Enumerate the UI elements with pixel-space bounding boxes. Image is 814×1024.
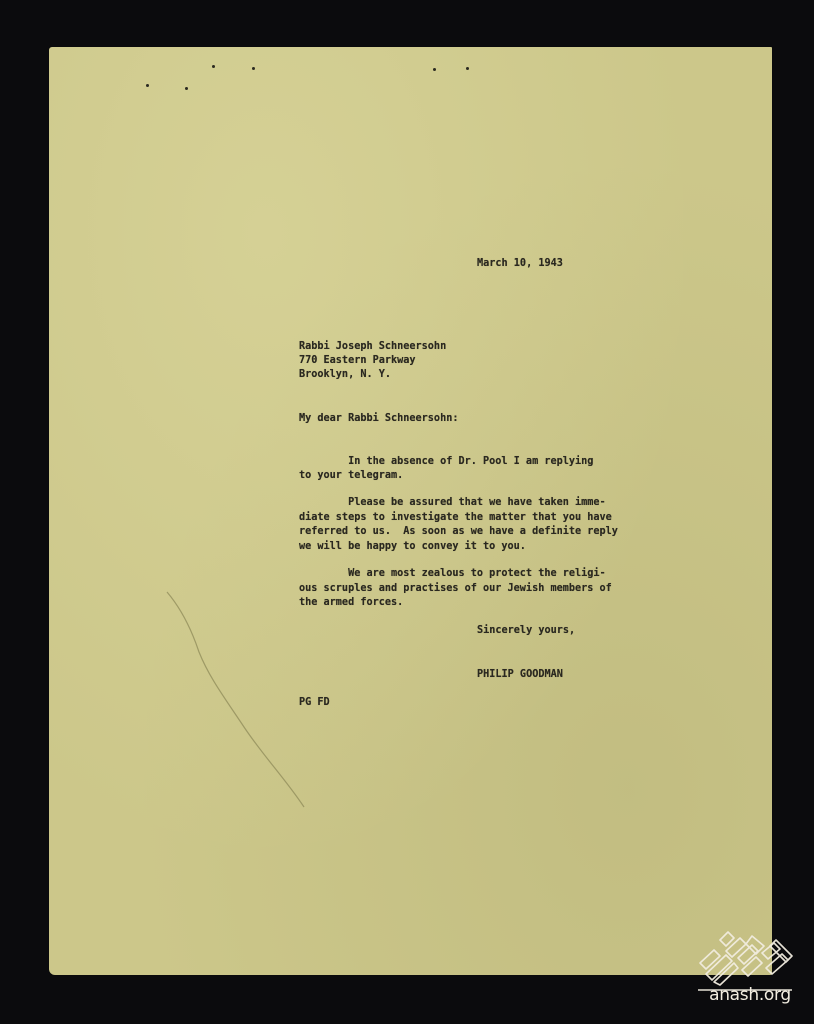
body-line: we will be happy to convey it to you.	[299, 540, 526, 555]
body-line: the armed forces.	[299, 596, 403, 611]
body-line: We are most zealous to protect the relig…	[299, 567, 606, 582]
letter-date: March 10, 1943	[477, 257, 563, 272]
punch-hole	[433, 68, 436, 71]
recipient-city: Brooklyn, N. Y.	[299, 368, 391, 383]
body-line: ous scruples and practises of our Jewish…	[299, 582, 612, 597]
body-line: diate steps to investigate the matter th…	[299, 511, 612, 526]
closing: Sincerely yours,	[477, 624, 575, 639]
punch-hole	[146, 84, 149, 87]
punch-hole	[185, 87, 188, 90]
recipient-street: 770 Eastern Parkway	[299, 354, 416, 369]
body-line: to your telegram.	[299, 469, 403, 484]
body-line: Please be assured that we have taken imm…	[299, 496, 606, 511]
body-line: In the absence of Dr. Pool I am replying	[299, 455, 593, 470]
typist-initials: PG FD	[299, 696, 330, 711]
watermark-text: anash.org	[704, 985, 796, 1005]
signature-name: PHILIP GOODMAN	[477, 668, 563, 683]
body-line: referred to us. As soon as we have a def…	[299, 525, 618, 540]
punch-hole	[466, 67, 469, 70]
salutation: My dear Rabbi Schneersohn:	[299, 412, 458, 427]
punch-hole	[212, 65, 215, 68]
punch-hole	[252, 67, 255, 70]
recipient-name: Rabbi Joseph Schneersohn	[299, 340, 446, 355]
